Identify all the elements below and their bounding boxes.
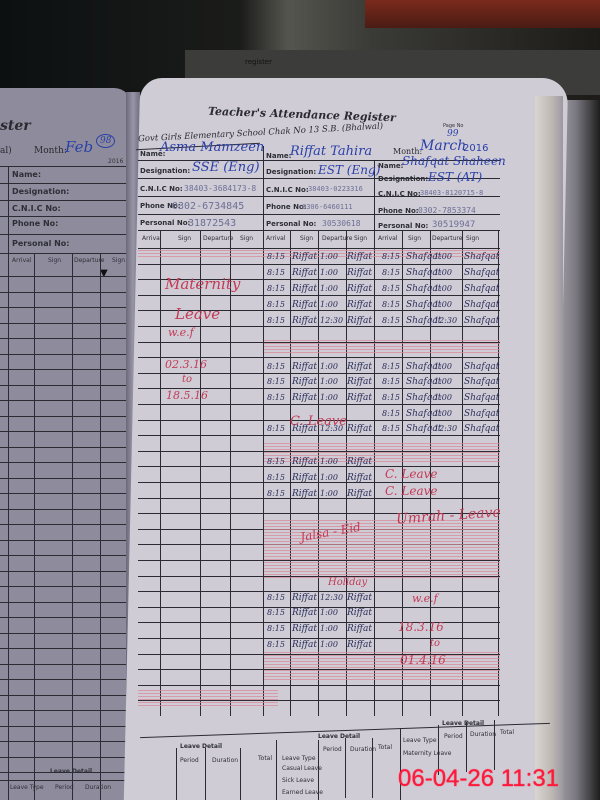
maternity-to-date: 18.5.16: [166, 389, 208, 402]
grid-line: [138, 498, 500, 499]
grid-line: [0, 200, 128, 201]
left-period-label: Period: [55, 784, 74, 791]
holiday-row-marker: [138, 690, 278, 706]
earned-leave-label: Earned Leave: [282, 789, 323, 796]
attendance-cell: 8:15: [267, 593, 285, 602]
left-page-number: 98: [96, 134, 115, 148]
grid-line: [0, 710, 128, 711]
leave-detail-title: Leave Detail: [318, 733, 360, 740]
attendance-cell: Riffat: [292, 300, 317, 310]
casual-leave-label: Casual Leave: [282, 765, 322, 772]
teacher1-phone: 0302-6734845: [172, 201, 244, 212]
attendance-cell: 8:15: [382, 377, 400, 386]
left-duration-label: Duration: [85, 784, 111, 791]
grid-line: [0, 385, 128, 386]
grid-line: [0, 741, 128, 742]
teacher2-name: Riffat Tahira: [290, 144, 372, 159]
left-month-value: Feb: [65, 138, 93, 156]
attendance-cell: 8:15: [267, 393, 285, 402]
grid-line: [0, 234, 128, 235]
maternity-note-line1: Maternity: [165, 275, 240, 293]
teacher1-designation: SSE (Eng): [192, 160, 260, 175]
attendance-cell: Shafqat: [464, 377, 499, 387]
attendance-cell: Shafqat: [464, 424, 499, 434]
grid-line: [0, 400, 128, 401]
attendance-cell: Riffat: [347, 457, 372, 467]
attendance-cell: 1:00: [320, 377, 338, 386]
attendance-cell: Riffat: [292, 624, 317, 634]
maternity-note-line3: w.e.f: [168, 326, 194, 339]
grid-line: [318, 230, 319, 716]
attendance-cell: Riffat: [347, 362, 372, 372]
attendance-cell: 1:00: [434, 300, 452, 309]
attendance-cell: Riffat: [292, 640, 317, 650]
attendance-cell: Shafqat: [464, 362, 499, 372]
grid-line: [138, 264, 500, 265]
umrah-from-date: 18.3.16: [398, 620, 444, 634]
attendance-cell: 8:15: [267, 473, 285, 482]
grid-line: [0, 462, 128, 463]
t3-col-departure: Departure: [432, 235, 462, 242]
teacher2-designation: EST (Eng): [318, 163, 380, 177]
attendance-cell: 1:00: [320, 268, 338, 277]
month-value: March: [420, 138, 466, 154]
grid-line: [0, 369, 128, 370]
sick-leave-label: Sick Leave: [282, 777, 314, 784]
grid-line: [0, 633, 128, 634]
attendance-cell: 1:00: [434, 409, 452, 418]
grid-line: [0, 307, 128, 308]
attendance-cell: Shafqat: [464, 284, 499, 294]
grid-line: [0, 648, 128, 649]
attendance-cell: 8:15: [267, 457, 285, 466]
teacher1-personal: 31872543: [188, 218, 236, 229]
t1-col-departure: Departure: [203, 235, 233, 242]
teacher1-cnic-label: C.N.I.C No:: [140, 185, 183, 193]
duration-label: Duration: [470, 731, 496, 738]
attendance-cell: Riffat: [347, 640, 372, 650]
grid-line: [0, 571, 128, 572]
left-school-fragment: al): [0, 146, 12, 156]
left-designation-label: Designation:: [12, 187, 69, 196]
attendance-cell: Riffat: [292, 284, 317, 294]
attendance-cell: 8:15: [382, 252, 400, 261]
left-phone-label: Phone No:: [12, 219, 58, 228]
teacher1-name: Asma Mamzeen: [160, 140, 264, 155]
c-leave-annotation: C. Leave: [385, 484, 438, 498]
grid-line: [0, 183, 128, 184]
leave-type-label: Leave Type: [282, 755, 316, 762]
grid-line: [0, 323, 128, 324]
period-label: Period: [323, 746, 342, 753]
grid-line: [138, 482, 500, 483]
grid-line: [0, 780, 128, 781]
teacher2-personal: 30530618: [322, 219, 361, 228]
attendance-cell: Riffat: [347, 489, 372, 499]
grid-line: [138, 607, 500, 608]
attendance-cell: Riffat: [292, 457, 317, 467]
attendance-cell: Riffat: [292, 608, 317, 618]
grid-line: [0, 664, 128, 665]
grid-line: [138, 591, 500, 592]
left-year: 2016: [108, 158, 123, 165]
grid-line: [138, 685, 500, 686]
teacher2-cnic: 38403-0223316: [308, 185, 363, 193]
grid-line: [0, 509, 128, 510]
grid-line: [0, 276, 128, 277]
grid-line: [0, 617, 128, 618]
camera-date-stamp: 06-04-26 11:31: [398, 765, 559, 793]
maternity-to-label: to: [182, 374, 192, 385]
year-value: 2016: [463, 143, 488, 154]
attendance-cell: 8:15: [267, 284, 285, 293]
grid-line: [138, 404, 500, 405]
attendance-cell: 8:15: [267, 362, 285, 371]
attendance-cell: 1:00: [320, 300, 338, 309]
grid-line: [138, 373, 500, 374]
attendance-cell: Riffat: [347, 593, 372, 603]
attendance-cell: 8:15: [267, 377, 285, 386]
grid-line: [176, 748, 177, 800]
attendance-cell: 12:30: [320, 316, 343, 325]
attendance-cell: 1:00: [320, 473, 338, 482]
red-cloth: [365, 0, 600, 28]
attendance-cell: 8:15: [267, 640, 285, 649]
attendance-cell: 1:00: [320, 393, 338, 402]
duration-label: Duration: [212, 757, 238, 764]
grid-line: [100, 253, 101, 800]
teacher2-cnic-label: C.N.I.C No:: [266, 186, 309, 194]
attendance-cell: 8:15: [267, 252, 285, 261]
teacher2-phone-label: Phone No:: [266, 203, 307, 211]
grid-line: [138, 295, 500, 296]
attendance-cell: 8:15: [382, 393, 400, 402]
grid-line: [318, 740, 319, 800]
holiday-annotation: Holiday: [328, 577, 367, 588]
left-cnic-label: C.N.I.C No:: [12, 204, 61, 213]
attendance-cell: 1:00: [434, 362, 452, 371]
left-col-sign2: Sign: [112, 257, 125, 264]
left-col-sign: Sign: [48, 257, 61, 264]
attendance-cell: 8:15: [382, 316, 400, 325]
total-label: Total: [258, 755, 272, 762]
grid-line: [345, 738, 346, 798]
t1-col-sign: Sign: [178, 235, 191, 242]
grid-line: [0, 416, 128, 417]
grid-line: [0, 540, 128, 541]
attendance-cell: 1:00: [320, 624, 338, 633]
umrah-to-label: to: [430, 638, 440, 649]
attendance-cell: Riffat: [347, 608, 372, 618]
t2-col-sign: Sign: [300, 235, 313, 242]
attendance-cell: 8:15: [382, 409, 400, 418]
attendance-cell: 8:15: [382, 424, 400, 433]
leave-detail-title: Leave Detail: [442, 720, 484, 727]
attendance-cell: Riffat: [292, 593, 317, 603]
attendance-cell: 1:00: [320, 608, 338, 617]
attendance-cell: Riffat: [347, 316, 372, 326]
attendance-cell: Riffat: [292, 377, 317, 387]
attendance-cell: 8:15: [267, 624, 285, 633]
attendance-cell: 8:15: [382, 284, 400, 293]
mouse-cursor-icon: ▼: [100, 268, 108, 279]
attendance-cell: Riffat: [347, 393, 372, 403]
grid-line: [0, 253, 128, 254]
grid-line: [0, 431, 128, 432]
grid-line: [0, 216, 128, 217]
teacher3-personal-label: Personal No:: [378, 222, 428, 230]
grid-line: [205, 748, 206, 800]
teacher2-phone: 0306-6460111: [302, 203, 353, 211]
grid-line: [72, 253, 73, 800]
grid-line: [0, 478, 128, 479]
attendance-cell: 12:30: [434, 424, 457, 433]
grid-line: [138, 435, 500, 436]
attendance-cell: 12:30: [434, 316, 457, 325]
grid-line: [0, 586, 128, 587]
grid-line: [160, 230, 161, 716]
grid-line: [0, 757, 128, 758]
attendance-cell: Shafqat: [464, 300, 499, 310]
left-leave-detail-title: Leave Detail: [50, 768, 92, 775]
teacher2-designation-label: Designation:: [266, 168, 316, 176]
teacher3-name: Shafqat Shaheen: [402, 154, 506, 168]
grid-line: [462, 230, 463, 716]
left-page: ster al) Month: Feb 98 2016 Name: Design…: [0, 88, 132, 800]
teacher3-name-label: Name:: [378, 162, 403, 170]
teacher3-phone-label: Phone No:: [378, 207, 419, 215]
grid-line: [8, 166, 9, 800]
attendance-cell: Shafqat: [464, 268, 499, 278]
attendance-cell: 8:15: [267, 300, 285, 309]
maternity-note-line2: Leave: [175, 305, 220, 323]
period-label: Period: [444, 733, 463, 740]
attendance-cell: Riffat: [292, 393, 317, 403]
left-page-title: ster: [0, 118, 31, 134]
leave-detail-title: Leave Detail: [180, 743, 222, 750]
c-leave-annotation: C. Leave: [290, 414, 347, 429]
left-month-label: Month:: [34, 146, 67, 156]
grid-line: [138, 638, 500, 639]
total-label: Total: [500, 729, 514, 736]
holiday-row-marker: [264, 520, 500, 580]
grid-line: [276, 740, 277, 800]
grid-line: [34, 253, 35, 800]
t3-col-sign: Sign: [408, 235, 421, 242]
attendance-cell: 1:00: [320, 489, 338, 498]
period-label: Period: [180, 757, 199, 764]
grid-line: [0, 679, 128, 680]
attendance-cell: Riffat: [347, 624, 372, 634]
umrah-wef: w.e.f: [412, 592, 438, 605]
attendance-cell: 8:15: [382, 268, 400, 277]
c-leave-annotation: C. Leave: [385, 467, 438, 481]
teacher3-cnic-label: C.N.I.C No:: [378, 190, 421, 198]
attendance-cell: 1:00: [434, 377, 452, 386]
attendance-cell: Riffat: [292, 316, 317, 326]
attendance-cell: 1:00: [320, 457, 338, 466]
grid-line: [230, 230, 231, 716]
attendance-cell: 1:00: [434, 252, 452, 261]
grid-line: [290, 230, 291, 716]
attendance-cell: 12:30: [320, 593, 343, 602]
attendance-cell: 1:00: [434, 268, 452, 277]
attendance-cell: Riffat: [347, 284, 372, 294]
grid-line: [0, 338, 128, 339]
teacher2-personal-label: Personal No:: [266, 220, 316, 228]
attendance-cell: Shafqat: [464, 316, 499, 326]
teacher1-designation-label: Designation:: [140, 167, 190, 175]
attendance-cell: 8:15: [267, 316, 285, 325]
teacher3-designation-label: Designation:: [378, 175, 428, 183]
attendance-cell: Riffat: [292, 268, 317, 278]
attendance-cell: 1:00: [320, 362, 338, 371]
attendance-cell: Riffat: [292, 362, 317, 372]
left-leave-type-label: Leave Type: [10, 784, 44, 791]
attendance-cell: 1:00: [320, 284, 338, 293]
attendance-cell: 1:00: [320, 640, 338, 649]
teacher2-name-label: Name:: [266, 152, 291, 160]
attendance-cell: 8:15: [267, 608, 285, 617]
attendance-cell: 1:00: [434, 284, 452, 293]
attendance-cell: 8:15: [267, 424, 285, 433]
teacher3-personal: 30519947: [432, 220, 475, 230]
grid-line: [263, 146, 264, 716]
attendance-cell: Riffat: [292, 473, 317, 483]
attendance-cell: Riffat: [347, 268, 372, 278]
grid-line: [138, 622, 500, 623]
attendance-cell: Shafqat: [464, 252, 499, 262]
attendance-cell: Riffat: [292, 252, 317, 262]
grid-line: [200, 230, 201, 716]
left-col-arrival: Arrival: [12, 257, 32, 264]
page-edges: [535, 96, 563, 800]
t1-col-sign2: Sign: [240, 235, 253, 242]
grid-line: [0, 292, 128, 293]
attendance-cell: Riffat: [347, 424, 372, 434]
background-doc-text: register: [245, 58, 272, 66]
holiday-row-marker: [264, 652, 500, 682]
teacher1-cnic: 38403-3684173-8: [184, 184, 256, 193]
grid-line: [374, 160, 375, 716]
page-number: 99: [447, 129, 458, 139]
grid-line: [0, 493, 128, 494]
attendance-cell: 1:00: [320, 252, 338, 261]
attendance-cell: Shafqat: [464, 409, 499, 419]
grid-line: [0, 166, 128, 167]
total-label: Total: [378, 744, 392, 751]
attendance-cell: 8:15: [382, 362, 400, 371]
attendance-cell: 8:15: [267, 268, 285, 277]
grid-line: [0, 555, 128, 556]
t3-col-arrival: Arrival: [378, 235, 398, 242]
t2-col-sign2: Sign: [354, 235, 367, 242]
grid-line: [0, 695, 128, 696]
attendance-cell: 8:15: [267, 489, 285, 498]
attendance-cell: Riffat: [347, 300, 372, 310]
attendance-cell: Riffat: [347, 473, 372, 483]
t3-col-sign2: Sign: [466, 235, 479, 242]
grid-line: [240, 748, 241, 800]
attendance-cell: Riffat: [292, 489, 317, 499]
teacher3-designation: EST (AT): [428, 170, 482, 184]
grid-line: [138, 248, 500, 249]
t2-col-arrival: Arrival: [266, 235, 286, 242]
leave-type-label: Leave Type: [403, 737, 437, 744]
attendance-cell: 1:00: [434, 393, 452, 402]
attendance-cell: Riffat: [347, 377, 372, 387]
grid-line: [138, 466, 500, 467]
grid-line: [0, 354, 128, 355]
teacher3-phone: 0302-7853374: [418, 206, 476, 215]
grid-line: [0, 602, 128, 603]
t2-col-departure: Departure: [322, 235, 352, 242]
left-name-label: Name:: [12, 170, 41, 179]
attendance-cell: 8:15: [382, 300, 400, 309]
holiday-row-marker: [264, 340, 500, 354]
grid-line: [494, 720, 495, 770]
grid-line: [0, 524, 128, 525]
maternity-from-date: 02.3.16: [165, 358, 207, 371]
grid-line: [138, 230, 500, 231]
maternity-leave-label: Maternity Leave: [403, 750, 451, 757]
grid-line: [372, 738, 373, 798]
teacher3-cnic: 38403-8120715-8: [420, 189, 483, 197]
attendance-cell: Shafqat: [464, 393, 499, 403]
umrah-to-date: 01.4.16: [400, 653, 446, 667]
grid-line: [0, 447, 128, 448]
attendance-cell: Riffat: [347, 252, 372, 262]
t1-col-arrival: Arrival: [142, 235, 162, 242]
teacher1-personal-label: Personal No:: [140, 219, 190, 227]
grid-line: [0, 726, 128, 727]
left-personal-label: Personal No:: [12, 239, 70, 248]
